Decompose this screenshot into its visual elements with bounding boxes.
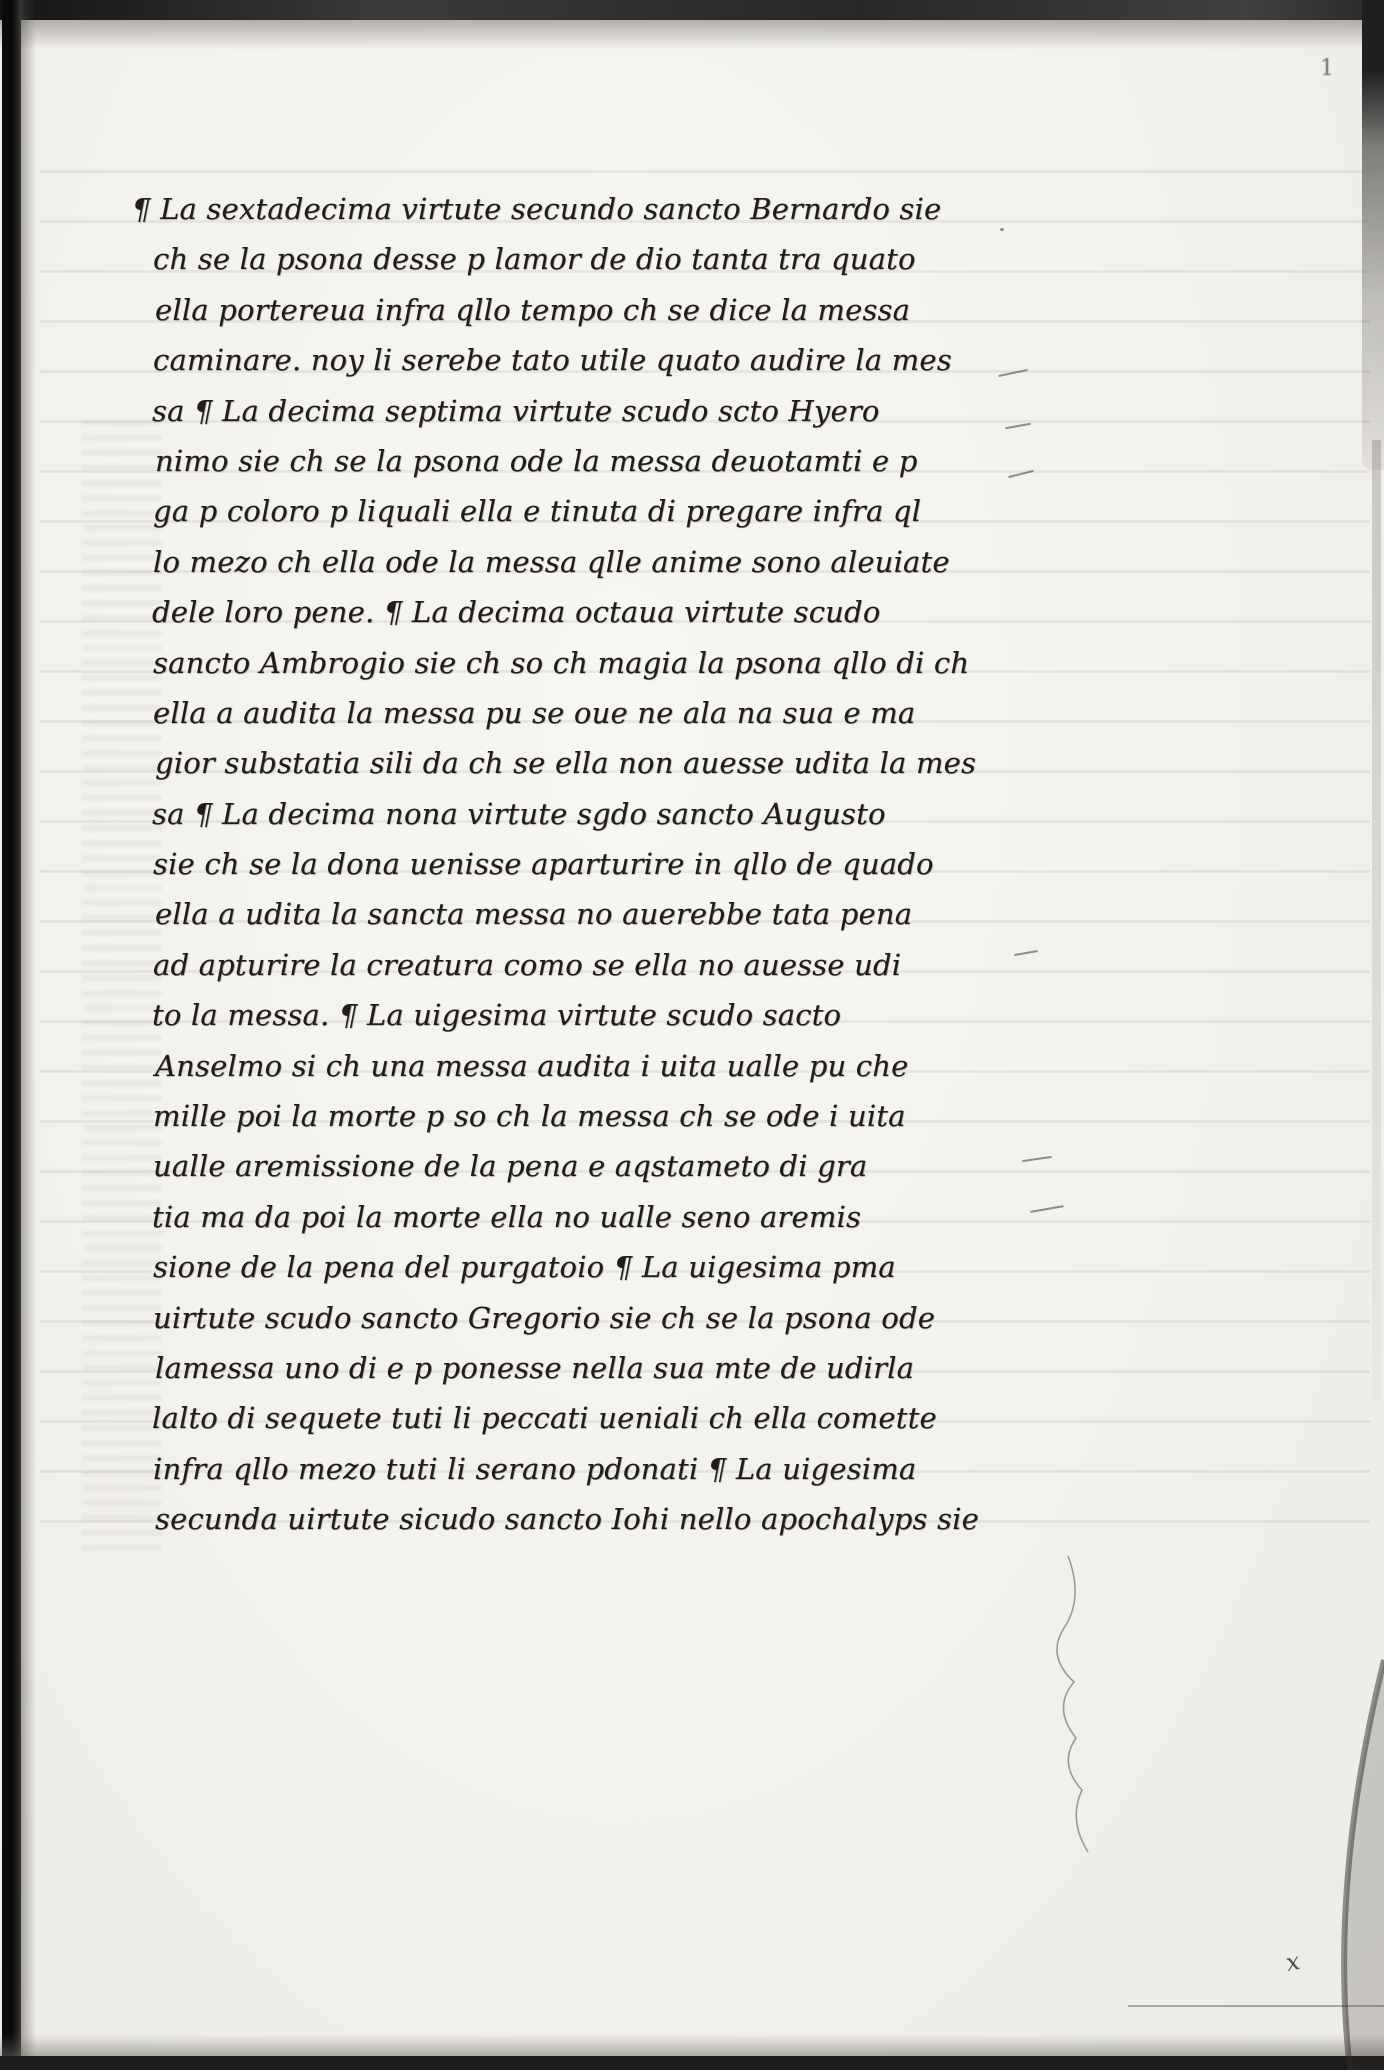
margin-dash xyxy=(1005,423,1031,429)
text-line-10: sancto Ambrogio sie ch so ch magia la ps… xyxy=(133,638,993,688)
text-line-8: lo mezo ch ella ode la messa qlle anime … xyxy=(133,537,993,587)
binding-edge-left xyxy=(2,0,21,2070)
manuscript-page: 1 ¶ La sextadecima virtute secundo sanct… xyxy=(0,0,1384,2070)
page-edge-curve-fill xyxy=(1344,1660,1384,2070)
text-line-27: secunda uirtute sicudo sancto Iohi nello… xyxy=(135,1494,995,1544)
binding-edge-bottom xyxy=(0,2056,1384,2070)
text-line-14: sie ch se la dona uenisse aparturire in … xyxy=(133,839,993,889)
margin-dash xyxy=(1014,950,1038,956)
text-line-15: ella a udita la sancta messa no auerebbe… xyxy=(135,889,995,939)
text-line-20: ualle aremissione de la pena e aqstameto… xyxy=(133,1141,993,1191)
text-line-7: ga p coloro p liquali ella e tinuta di p… xyxy=(133,486,993,536)
text-line-22: sione de la pena del purgatoio ¶ La uige… xyxy=(133,1242,993,1292)
text-line-12: gior substatia sili da ch se ella non au… xyxy=(135,738,995,788)
text-line-23: uirtute scudo sancto Gregorio sie ch se … xyxy=(133,1293,993,1343)
margin-dash xyxy=(1008,470,1034,478)
text-line-18: Anselmo si ch una messa audita i uita ua… xyxy=(135,1041,995,1091)
binding-edge-bottom-shadow xyxy=(0,2034,1384,2056)
text-line-11: ella a audita la messa pu se oue ne ala … xyxy=(133,688,993,738)
text-line-16: ad apturire la creatura como se ella no … xyxy=(133,940,993,990)
margin-dash xyxy=(998,369,1028,377)
text-line-21: tia ma da poi la morte ella no ualle sen… xyxy=(132,1192,992,1242)
pen-trail-flourish xyxy=(1057,1556,1088,1852)
text-line-13: sa ¶ La decima nona virtute sgdo sancto … xyxy=(132,789,992,839)
binding-edge-left-shadow xyxy=(21,0,36,2070)
text-line-4: caminare. noy li serebe tato utile quato… xyxy=(133,335,993,385)
text-line-19: mille poi la morte p so ch la messa ch s… xyxy=(133,1091,993,1141)
scan-artifact-line xyxy=(1128,2005,1384,2007)
page-edge-right-top xyxy=(1362,0,1384,470)
text-line-5: sa ¶ La decima septima virtute scudo sct… xyxy=(132,386,992,436)
text-line-6: nimo sie ch se la psona ode la messa deu… xyxy=(135,436,995,486)
text-line-24: lamessa uno di e p ponesse nella sua mte… xyxy=(135,1343,995,1393)
text-line-17: to la messa. ¶ La uigesima virtute scudo… xyxy=(132,990,992,1040)
manuscript-text-block: ¶ La sextadecima virtute secundo sancto … xyxy=(133,184,993,1545)
margin-dash xyxy=(1030,1205,1064,1213)
x-mark: x xyxy=(1283,1947,1302,1977)
text-line-1: ¶ La sextadecima virtute secundo sancto … xyxy=(132,184,992,234)
ink-dot xyxy=(1000,228,1004,231)
page-edge-curve xyxy=(1344,1660,1384,2070)
margin-dash xyxy=(1022,1156,1052,1162)
binding-edge-top xyxy=(0,0,1384,20)
binding-edge-top-shadow xyxy=(0,20,1384,50)
folio-number: 1 xyxy=(1320,56,1334,81)
text-line-25: lalto di sequete tuti li peccati ueniali… xyxy=(132,1393,992,1443)
text-line-3: ella portereua infra qllo tempo ch se di… xyxy=(135,285,995,335)
page-edge-right-streak xyxy=(1372,440,1381,1400)
text-line-9: dele loro pene. ¶ La decima octaua virtu… xyxy=(132,587,992,637)
text-line-26: infra qllo mezo tuti li serano pdonati ¶… xyxy=(133,1444,993,1494)
text-line-2: ch se la psona desse p lamor de dio tant… xyxy=(133,234,993,284)
